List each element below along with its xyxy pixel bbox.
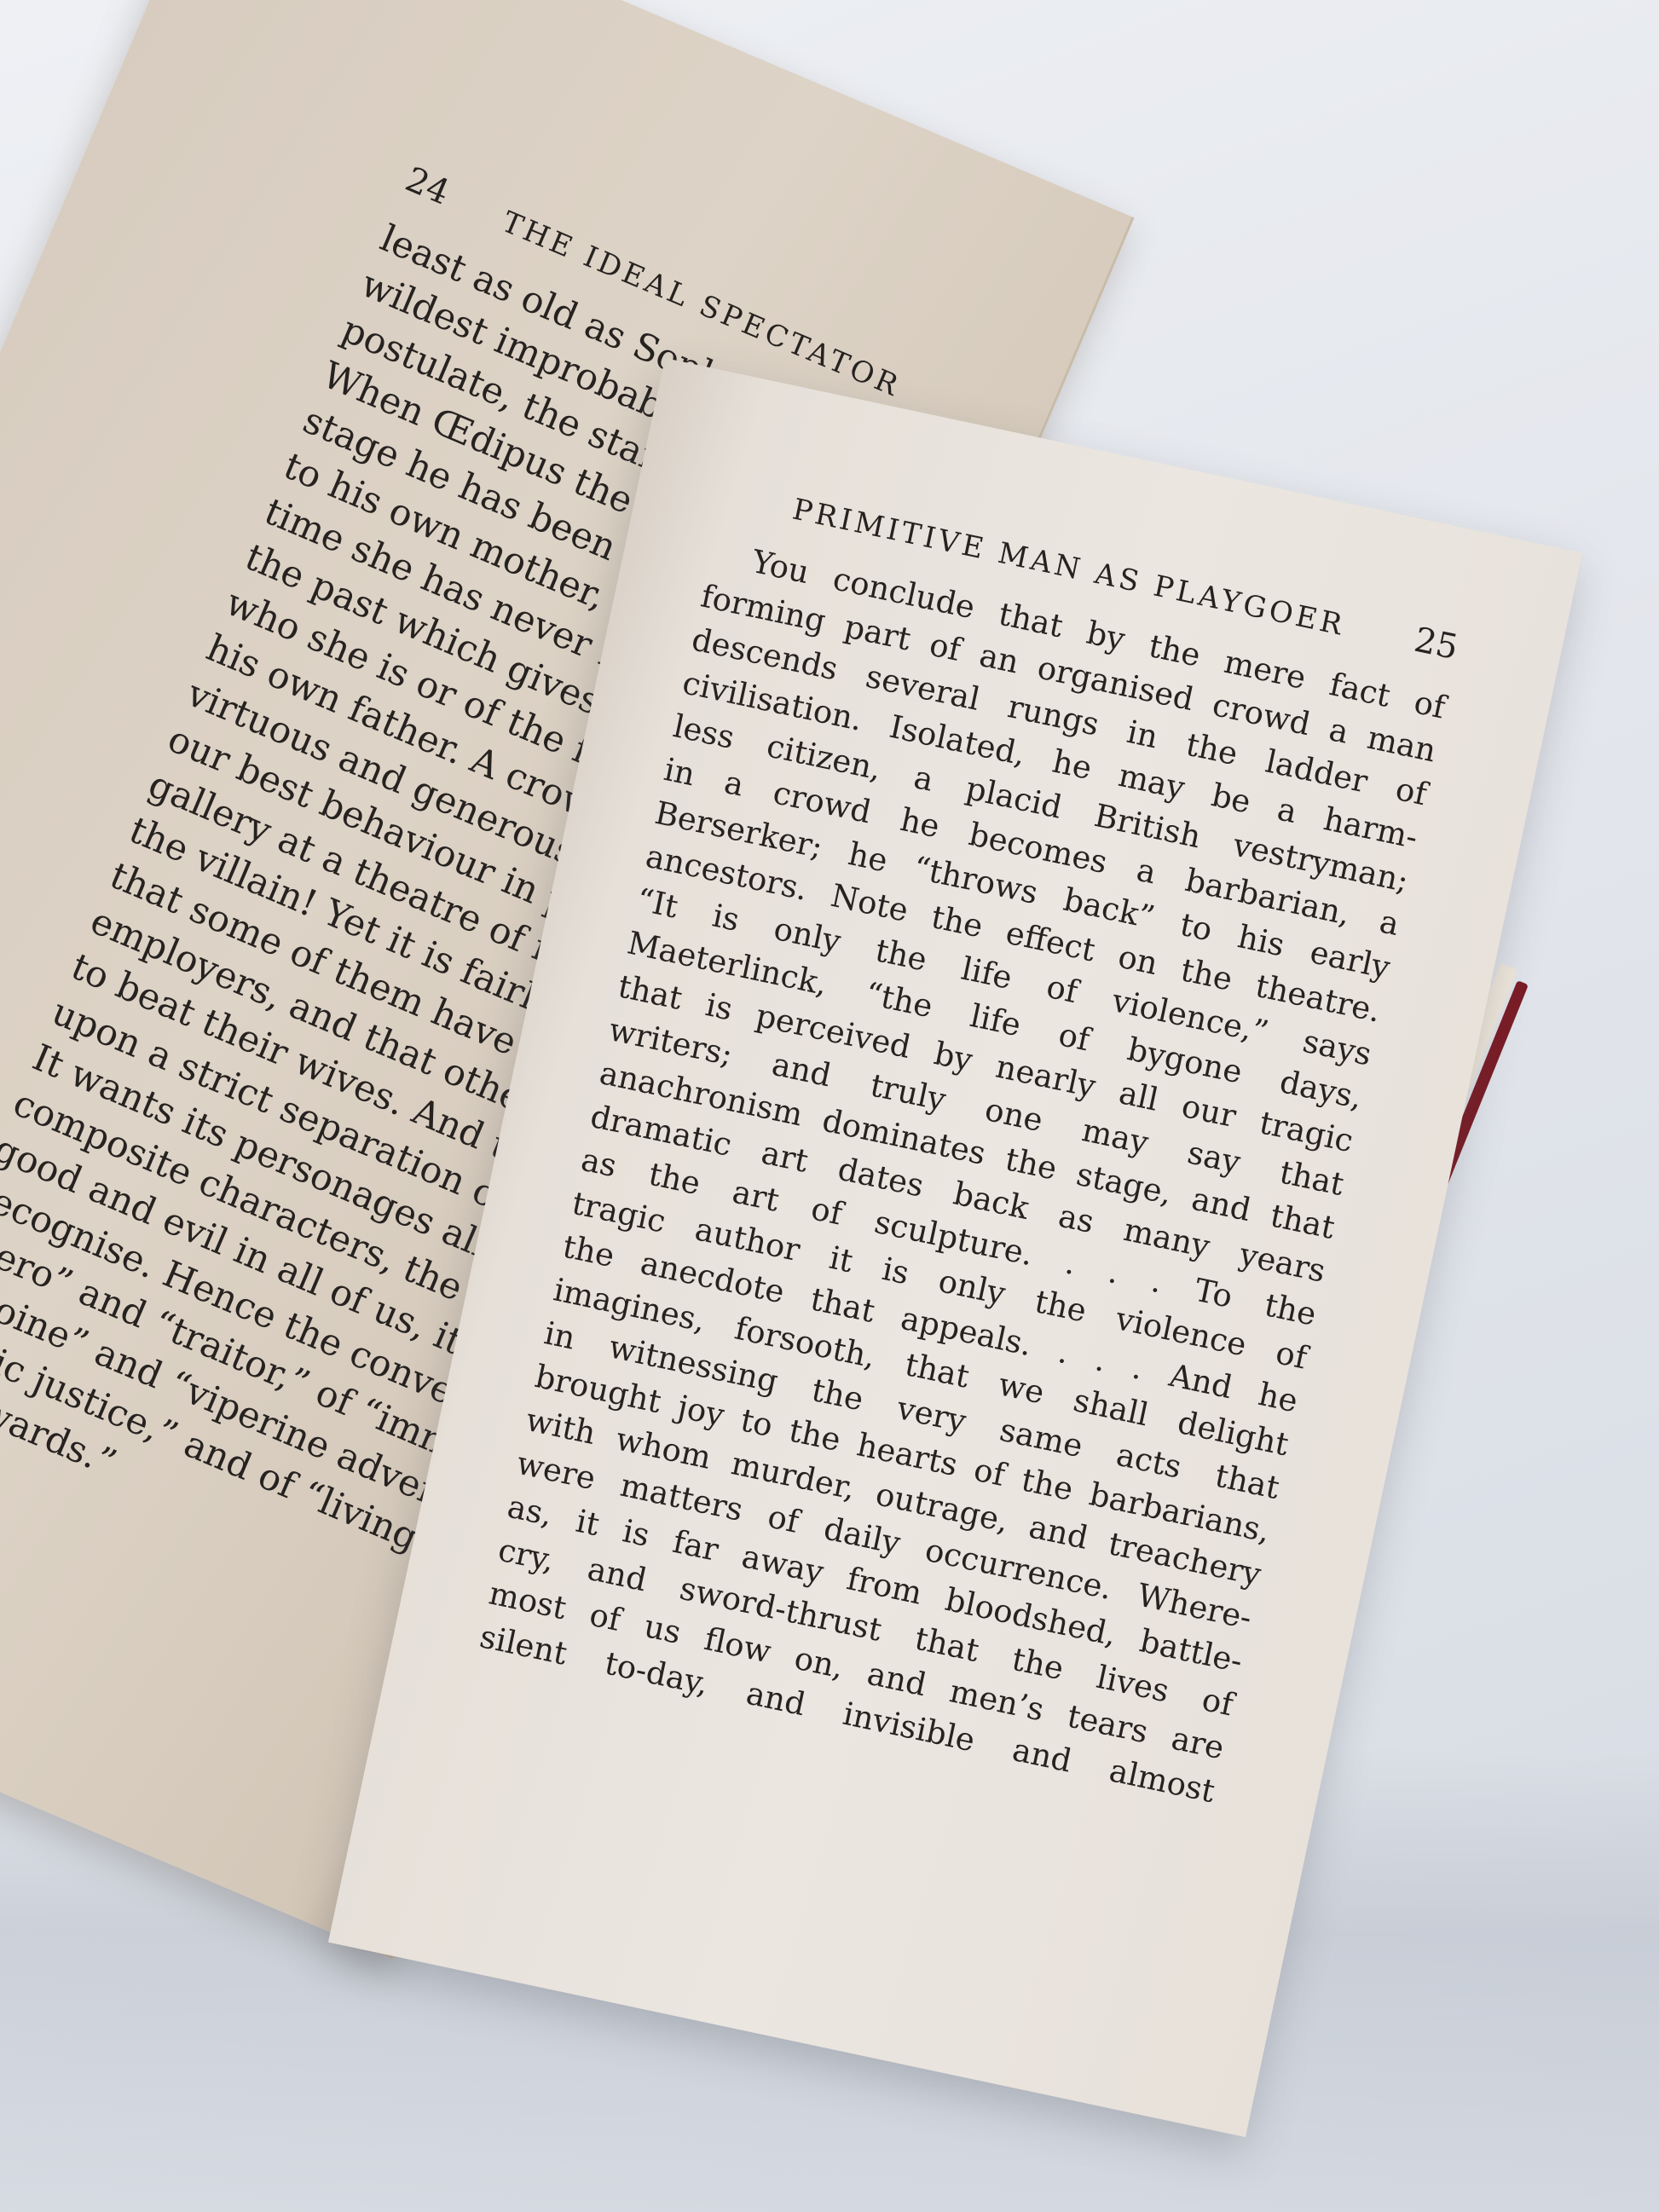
right-body: You conclude that by the mere fact offor… <box>476 531 1449 1814</box>
right-page-text: PRIMITIVE MAN AS PLAYGOER 25 You conclud… <box>476 476 1461 1814</box>
page-number: 25 <box>1412 623 1461 666</box>
page-number: 24 <box>401 162 454 211</box>
